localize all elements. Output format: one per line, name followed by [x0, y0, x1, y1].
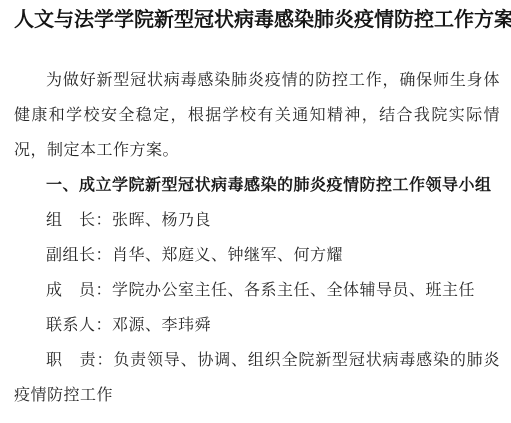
document-page: 人文与法学学院新型冠状病毒感染肺炎疫情防控工作方案 为做好新型冠状病毒感染肺炎疫… — [0, 0, 511, 423]
roster-line-members: 成 员：学院办公室主任、各系主任、全体辅导员、班主任 — [14, 273, 500, 308]
roster-label-deputy-leader: 副组长： — [46, 247, 112, 264]
roster-label-leader: 组 长： — [46, 212, 112, 229]
roster-line-contacts: 联系人：邓源、李玮舜 — [14, 308, 500, 343]
roster-label-duties: 职 责： — [46, 352, 113, 369]
section-heading-leadership-group: 一、成立学院新型冠状病毒感染的肺炎疫情防控工作领导小组 — [14, 168, 500, 203]
document-title: 人文与法学学院新型冠状病毒感染肺炎疫情防控工作方案 — [14, 6, 500, 34]
intro-paragraph: 为做好新型冠状病毒感染肺炎疫情的防控工作，确保师生身体健康和学校安全稳定，根据学… — [14, 63, 500, 168]
roster-label-contacts: 联系人： — [46, 317, 112, 334]
roster-label-members: 成 员： — [46, 282, 112, 299]
roster-line-leader: 组 长：张晖、杨乃良 — [14, 203, 500, 238]
roster-value-contacts: 邓源、李玮舜 — [112, 317, 211, 334]
roster-value-members: 学院办公室主任、各系主任、全体辅导员、班主任 — [112, 282, 475, 299]
roster-line-deputy-leader: 副组长：肖华、郑庭义、钟继军、何方耀 — [14, 238, 500, 273]
roster-line-duties: 职 责：负责领导、协调、组织全院新型冠状病毒感染的肺炎疫情防控工作 — [14, 343, 500, 413]
roster-value-deputy-leader: 肖华、郑庭义、钟继军、何方耀 — [112, 247, 343, 264]
roster-value-leader: 张晖、杨乃良 — [112, 212, 211, 229]
